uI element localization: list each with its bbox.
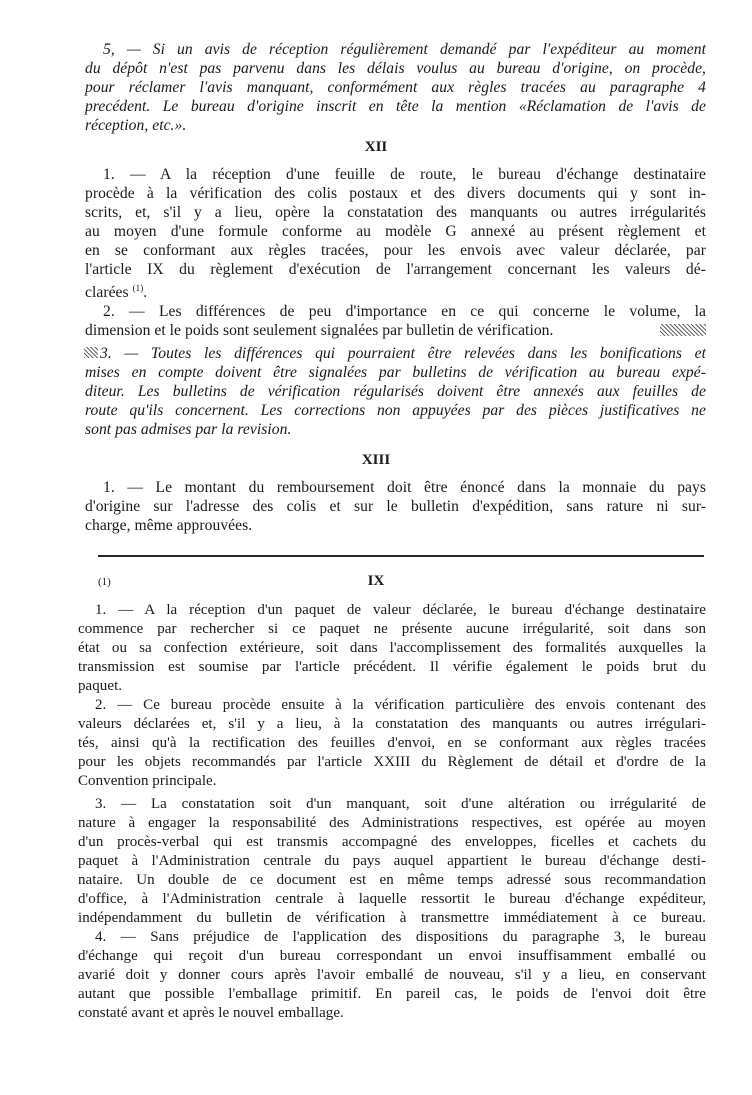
text-line: tés, ainsi qu'à la rectification des feu… [78,734,706,753]
text-line: valeurs déclarées et, s'il y a lieu, à l… [78,715,706,734]
text-line: avarié doit y donner cours après l'avoir… [78,966,706,985]
text-line: au moyen d'une formule conforme au modèl… [85,222,706,241]
text-line: nataire. Un double de ce document est en… [78,871,706,890]
text-line: route qu'ils concernent. Les corrections… [85,401,706,420]
text-line: mises en compte doivent être signalées p… [85,363,706,382]
text-line: 2. — Ce bureau procède ensuite à la véri… [95,696,706,715]
text-line: en se conformant aux règles tracées, pou… [85,241,706,260]
text-line: autant que possible l'emballage primitif… [78,985,706,1004]
text-line: 1. — A la réception d'un paquet de valeu… [95,601,706,620]
text-line: 3. — La constatation soit d'un manquant,… [95,795,706,814]
section-heading-xiii: XIII [0,452,752,469]
text-line: d'échange qui reçoit d'un bureau corresp… [78,947,706,966]
text-line: 5, — Si un avis de réception régulièreme… [103,40,706,59]
text-line: 1. — A la réception d'une feuille de rou… [103,165,706,184]
footnote-reference[interactable]: (1) [133,283,144,293]
text-line: état ou sa confection extérieure, soit d… [78,639,706,658]
text-line: sont pas admises par la revision. [85,420,291,439]
text-line: 1. — Le montant du remboursement doit êt… [103,478,706,497]
text-line: transmission est soumise par l'article p… [78,658,706,677]
text-line: 3. — Toutes les différences qui pourraie… [100,344,706,363]
text-line: pour les objets recommandés par l'articl… [78,753,706,772]
text-line: d'origine sur l'adresse des colis et sur… [85,497,706,516]
text-line: réception, etc.». [85,116,706,135]
text-line: diteur. Les bulletins de vérification ré… [85,382,706,401]
text-line: dimension et le poids sont seulement sig… [85,321,553,340]
text-line: 2. — Les différences de peu d'importance… [103,302,706,321]
text-line: clarées (1). [85,279,147,302]
text-line: d'un procès-verbal qui est transmis acco… [78,833,706,852]
text-line: du dépôt n'est pas parvenu dans les déla… [85,59,706,78]
section-heading-xii: XII [0,139,752,156]
text-line: precédent. Le bureau d'origine inscrit e… [85,97,706,116]
document-page: 5, — Si un avis de réception régulièreme… [0,0,752,1095]
text-fragment: clarées [85,284,129,301]
text-line: commence par rechercher si ce paquet ne … [78,620,706,639]
footnote-separator-rule [98,555,704,557]
text-line: charge, même approuvées. [85,516,252,535]
scan-smudge [660,324,706,336]
text-line: nature à engager la responsabilité des A… [78,814,706,833]
text-line: paquet à l'Administration centrale du pa… [78,852,706,871]
text-line: Convention principale. [78,772,217,791]
text-line: d'office, à l'Administration centrale à … [78,890,706,909]
text-line: constaté avant et après le nouvel emball… [78,1004,344,1023]
text-line: procède à la vérification des colis post… [85,184,706,203]
text-line: pour réclamer l'avis manquant, conformém… [85,78,706,97]
period: . [143,284,147,301]
text-line: l'article IX du règlement d'exécution de… [85,260,706,279]
scan-smudge [84,347,98,358]
footnote-heading-ix: IX [0,573,752,590]
text-line: scrits, et, s'il y a lieu, opère la cons… [85,203,706,222]
text-line: paquet. [78,677,122,696]
text-line: indépendamment du bulletin de vérificati… [78,909,706,928]
text-line: 4. — Sans préjudice de l'application des… [95,928,706,947]
